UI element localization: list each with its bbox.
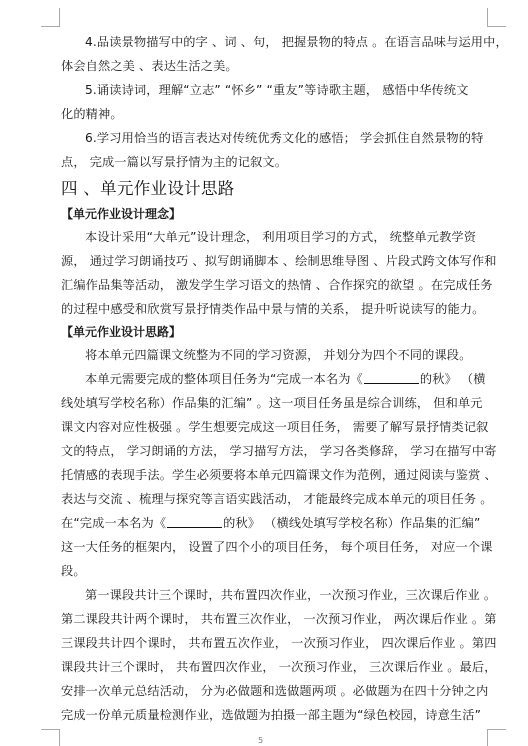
page-number: 5 [258,736,263,745]
paragraph-line: 将本单元四篇课文统整为不同的学习资源， 并划分为四个不同的课段。 [61,343,471,367]
paragraph-line: 三课段共计四个课时， 共布置五次作业， 一次预习作业， 四次课后作业 。第四 [61,631,471,655]
margin-corner-mark-top-right [487,8,506,27]
paragraph-line: 本单元需要完成的整体项目任务为“完成一本名为《的秋》 （横 [61,367,471,391]
paragraph-line: 文的特点， 学习朗诵的方法， 学习描写方法， 学习各类修辞， 学习在描写中寄 [61,439,471,463]
paragraph-line: 6.学习用恰当的语言表达对传统优秀文化的感悟； 学会抓住自然景物的特 [61,126,471,150]
paragraph-line: 体会自然之美 、表达生活之美。 [61,54,471,78]
paragraph-line: 点， 完成一篇以写景抒情为主的记叙文。 [61,150,471,174]
paragraph-line: 课文内容对应性极强 。学生想要完成这一项目任务， 需要了解写景抒情类记叙 [61,415,471,439]
section-heading: 四 、单元作业设计思路 [61,175,471,203]
paragraph-line: 课段共计三个课时， 共布置四次作业， 一次预习作业， 三次课后作业 。最后， [61,655,471,679]
text-segment: 在“完成一本名为《 [61,516,166,530]
paragraph-line: 第二课段共计两个课时， 共布置三次作业， 一次预习作业， 两次课后作业 。第 [61,607,471,631]
paragraph-line: 的过程中感受和欣赏写景抒情类作品中景与情的关系， 提升听说读写的能力。 [61,297,471,321]
paragraph-line: 第一课段共计三个课时，共布置四次作业，一次预习作业，三次课后作业 。 [61,583,471,607]
margin-corner-mark-bottom-right [487,729,506,746]
paragraph-line: 5.诵读诗词，理解“立志” “怀乡” “重友”等诗歌主题， 感悟中华传统文 [61,78,471,102]
fill-in-blank [364,371,419,384]
fill-in-blank [167,515,222,528]
paragraph-line: 安排一次单元总结活动， 分为必做题和选做题两项 。必做题为在四十分钟之内 [61,679,471,703]
paragraph-line: 托情感的表现手法。学生必须要将本单元四篇课文作为范例，通过阅读与鉴赏 、 [61,463,471,487]
paragraph-line: 4.品读景物描写中的字 、词 、句， 把握景物的特点 。在语言品味与运用中， [61,30,471,54]
paragraph-line: 这一大任务的框架内， 设置了四个小的项目任务， 每个项目任务， 对应一个课 [61,535,471,559]
paragraph-line: 段。 [61,559,471,583]
subsection-heading: 【单元作业设计思路】 [61,321,471,343]
paragraph-line: 线处填写学校名称）作品集的汇编” 。这一项目任务虽是综合训练， 但和单元 [61,391,471,415]
margin-corner-mark-bottom-left [41,729,60,746]
paragraph-line: 本设计采用“大单元”设计理念， 利用项目学习的方式， 统整单元教学资 [61,225,471,249]
paragraph-line: 汇编作品集等活动， 激发学生学习语文的热情 、合作探究的欲望 。在完成任务 [61,273,471,297]
text-segment: 本单元需要完成的整体项目任务为“完成一本名为《 [85,372,363,386]
document-body: 4.品读景物描写中的字 、词 、句， 把握景物的特点 。在语言品味与运用中， 体… [61,30,471,727]
paragraph-line: 表达与交流 、梳理与探究等言语实践活动， 才能最终完成本单元的项目任务 。 [61,487,471,511]
paragraph-line: 化的精神。 [61,102,471,126]
text-segment: 的秋》 （横线处填写学校名称）作品集的汇编” [223,516,480,530]
subsection-heading: 【单元作业设计理念】 [61,203,471,225]
text-segment: 的秋》 （横 [420,372,486,386]
document-page: 4.品读景物描写中的字 、词 、句， 把握景物的特点 。在语言品味与运用中， 体… [0,0,528,746]
margin-corner-mark-top-left [41,8,60,27]
paragraph-line: 在“完成一本名为《的秋》 （横线处填写学校名称）作品集的汇编” [61,511,471,535]
paragraph-line: 完成一份单元质量检测作业，选做题为拍摄一部主题为“绿色校园，诗意生活” [61,703,471,727]
paragraph-line: 源， 通过学习朗诵技巧 、拟写朗诵脚本 、绘制思维导图 、片段式跨文体写作和 [61,249,471,273]
